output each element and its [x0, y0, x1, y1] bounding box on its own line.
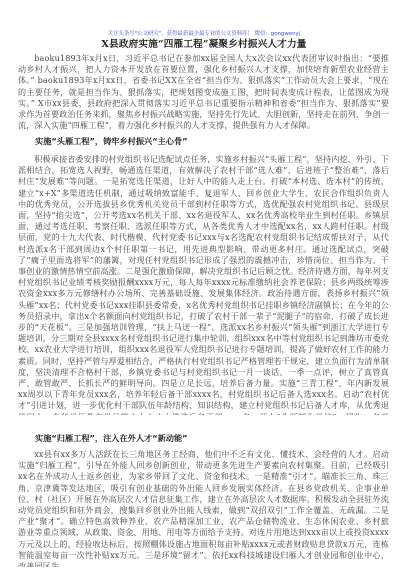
section-heading-head-goose: 实施“头雁工程”，铸牢乡村振兴“主心骨” [35, 136, 188, 147]
section-paragraph: 积极承接省委安排的村党组织书记选配试点任务，实施乡村振兴“头雁工程”，坚持内挖、… [18, 154, 389, 415]
promo-header-line: 关注头条号"公文研究"，获得最新最全最专业的公文资料库！ 微信：gongweny… [0, 30, 408, 38]
section-returning-goose-body: xx县有xx多万人活跃在长三角地区务工经商，他们中不乏有文化、懂技术、会经营的人… [18, 449, 389, 567]
section-head-goose-body: 积极承接省委安排的村党组织书记选配试点任务，实施乡村振兴“头雁工程”，坚持内挖、… [18, 154, 389, 415]
document-title: X县政府实施“四雁工程”凝聚乡村振兴人才力量 [0, 38, 408, 51]
document-page: 关注头条号"公文研究"，获得最新最全最专业的公文资料库！ 微信：gongweny… [0, 0, 408, 580]
intro-section: baoku1893年x月x日，习近平总书记在参加xx届全国人大x次会议xx代表团… [18, 53, 389, 131]
section-paragraph: xx县有xx多万人活跃在长三角地区务工经商，他们中不乏有文化、懂技术、会经营的人… [18, 449, 389, 567]
intro-paragraph: baoku1893年x月x日，习近平总书记在参加xx届全国人大x次会议xx代表团… [18, 53, 389, 131]
section-heading-returning-goose: 实施“归雁工程”，注入在外人才“新动能” [35, 433, 188, 444]
